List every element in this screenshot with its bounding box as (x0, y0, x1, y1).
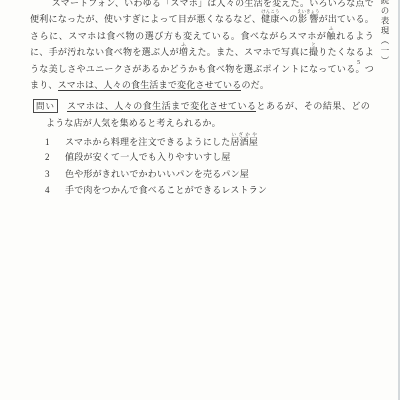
option-text: 値段が安くて一人でも入りやすいすし屋 (65, 149, 231, 166)
answer-options-list: 1 スマホから料理を注文できるようにした居酒屋いざかや 2 値段が安くて一人でも… (45, 132, 267, 199)
option-text: 手で肉をつかんで食べることができるレストラン (65, 182, 267, 199)
option-row-1: 1 スマホから料理を注文できるようにした居酒屋いざかや (45, 132, 267, 149)
option-row-3: 3 色や形がきれいでかわいいパンを売るパン屋 (45, 166, 267, 183)
option-number: 2 (45, 149, 65, 166)
option-number: 4 (45, 182, 65, 199)
question-text: スマホは、人々の食生活まで変化させているとあるが、その結果、どのような店が人気を… (46, 98, 370, 131)
line-number-marker: 5 (357, 59, 360, 66)
option-row-4: 4 手で肉をつかんで食べることができるレストラン (45, 182, 267, 199)
section-header-vertical: 続の表現（一） (379, 0, 391, 88)
reading-passage: スマートフォン、いわゆる「スマホ」は人々の生活を変えた。いろいろな点で便利になっ… (30, 0, 374, 93)
option-number: 3 (45, 166, 65, 183)
option-row-2: 2 値段が安くて一人でも入りやすいすし屋 (45, 149, 267, 166)
scanned-document-page: スマートフォン、いわゆる「スマホ」は人々の生活を変えた。いろいろな点で便利になっ… (0, 0, 400, 400)
option-text: 色や形がきれいでかわいいパンを売るパン屋 (65, 166, 249, 183)
